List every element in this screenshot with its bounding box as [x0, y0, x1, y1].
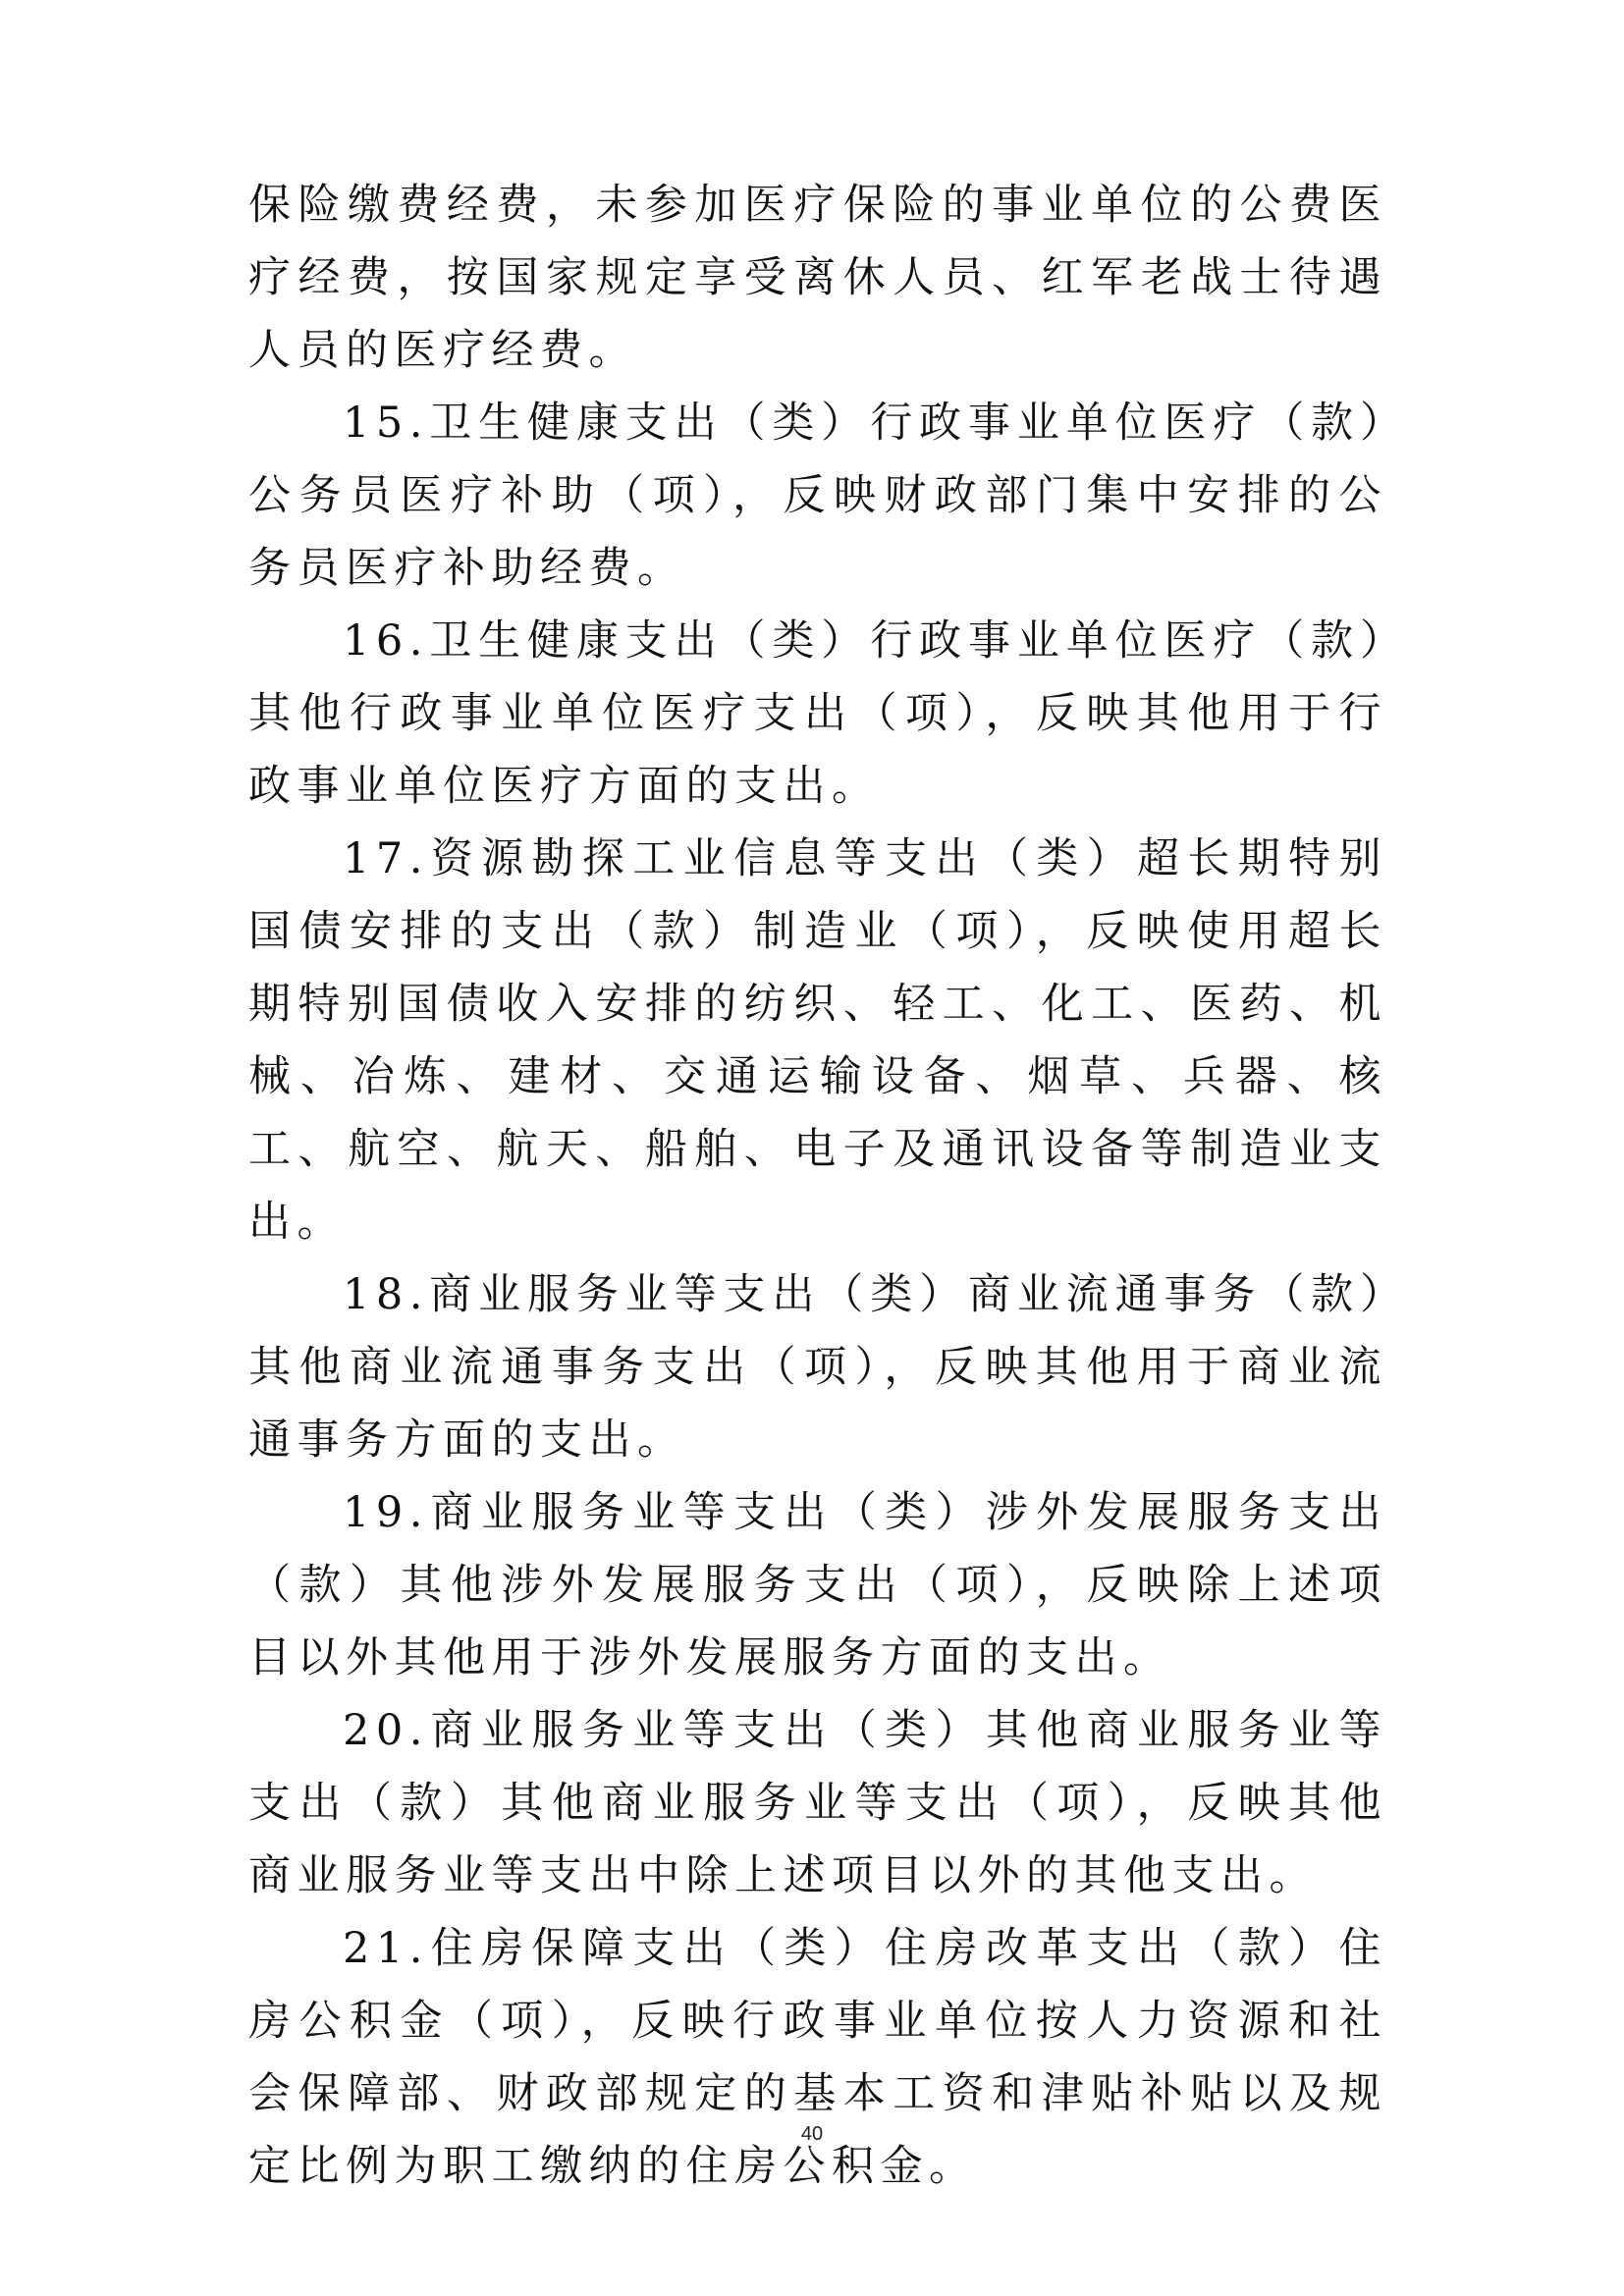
document-page: 保险缴费经费，未参加医疗保险的事业单位的公费医疗经费，按国家规定享受离休人员、红…	[0, 0, 1624, 2296]
body-text: 保险缴费经费，未参加医疗保险的事业单位的公费医疗经费，按国家规定享受离休人员、红…	[248, 169, 1387, 2203]
paragraph-item-19: 19.商业服务业等支出（类）涉外发展服务支出（款）其他涉外发展服务支出（项），反…	[248, 1476, 1387, 1694]
paragraph-item-20: 20.商业服务业等支出（类）其他商业服务业等支出（款）其他商业服务业等支出（项）…	[248, 1694, 1387, 1912]
paragraph-item-18: 18.商业服务业等支出（类）商业流通事务（款）其他商业流通事务支出（项），反映其…	[248, 1258, 1387, 1476]
paragraph-item-17: 17.资源勘探工业信息等支出（类）超长期特别国债安排的支出（款）制造业（项），反…	[248, 823, 1387, 1258]
paragraph-item-15: 15.卫生健康支出（类）行政事业单位医疗（款）公务员医疗补助（项），反映财政部门…	[248, 387, 1387, 605]
paragraph-continuation: 保险缴费经费，未参加医疗保险的事业单位的公费医疗经费，按国家规定享受离休人员、红…	[248, 169, 1387, 387]
paragraph-item-16: 16.卫生健康支出（类）行政事业单位医疗（款）其他行政事业单位医疗支出（项），反…	[248, 605, 1387, 823]
page-number: 40	[0, 2123, 1624, 2146]
paragraph-item-21: 21.住房保障支出（类）住房改革支出（款）住房公积金（项），反映行政事业单位按人…	[248, 1912, 1387, 2203]
